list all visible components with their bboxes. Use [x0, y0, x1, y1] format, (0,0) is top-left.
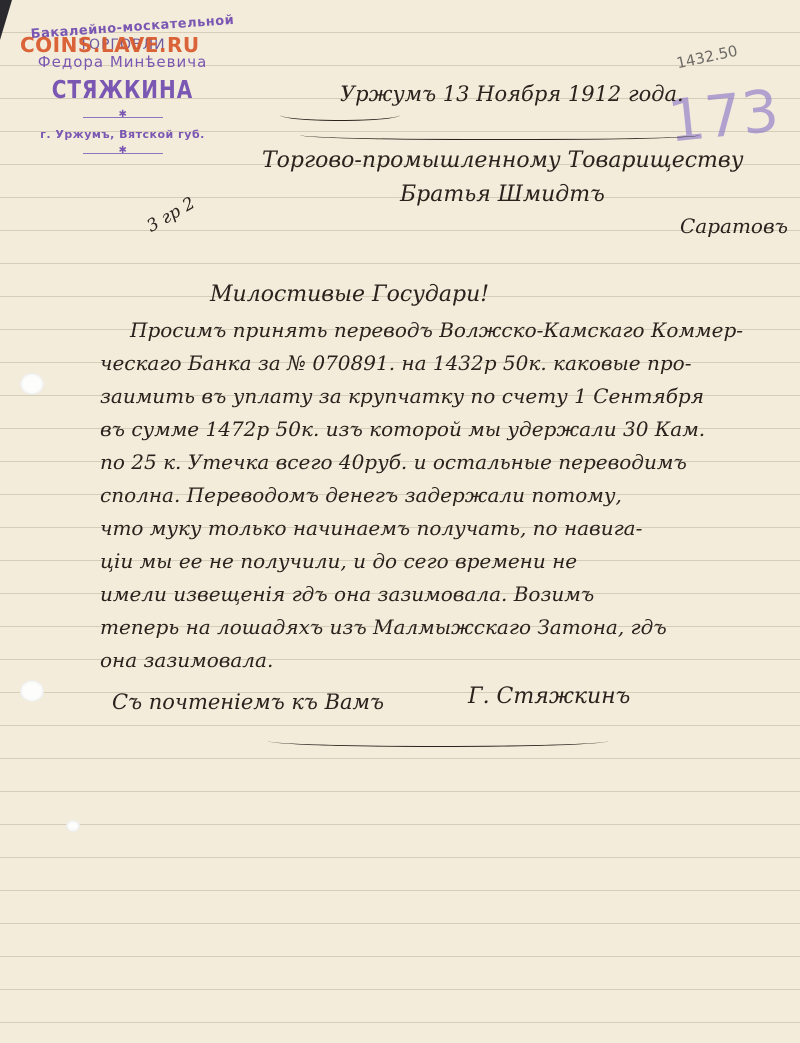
- recipient-city: Саратовъ: [680, 214, 788, 238]
- punch-hole-middle: [20, 680, 44, 702]
- letterhead-address: г. Уржумъ, Вятской губ.: [10, 128, 235, 141]
- letterhead-divider-bottom: [83, 153, 163, 154]
- signature: Г. Стяжкинъ: [468, 684, 630, 709]
- recipient-line-1: Торгово-промышленному Товариществу: [262, 148, 743, 173]
- letterhead-owner-surname: СТЯЖКИНА: [10, 74, 235, 104]
- salutation: Милостивые Государи!: [210, 282, 489, 307]
- letterhead-divider: [83, 117, 163, 118]
- body-line: цiи мы ее не получили, и до сего времени…: [100, 549, 577, 573]
- body-line: имели извещенiя гдъ она зазимовала. Вози…: [100, 582, 594, 606]
- body-line: ческаго Банка за № 070891. на 1432р 50к.…: [100, 351, 691, 375]
- punch-hole-small: [66, 820, 80, 832]
- recipient-line-2: Братья Шмидтъ: [400, 182, 605, 207]
- body-line: теперь на лошадяхъ изъ Малмыжскаго Затон…: [100, 615, 667, 639]
- body-line: Просимъ принять переводъ Волжско-Камскаг…: [130, 318, 743, 342]
- body-line: заимить въ уплату за крупчатку по счету …: [100, 384, 704, 408]
- body-line: сполна. Переводомъ денегъ задержали пото…: [100, 483, 622, 507]
- date-line: Уржумъ 13 Ноября 1912 года.: [340, 82, 684, 106]
- closing: Съ почтенiемъ къ Вамъ: [112, 690, 384, 714]
- body-line: что муку только начинаемъ получать, по н…: [100, 516, 642, 540]
- body-line: по 25 к. Утечка всего 40руб. и остальные…: [100, 450, 687, 474]
- body-line: въ сумме 1472р 50к. изъ которой мы удерж…: [100, 417, 705, 441]
- watermark: COINS.LAVE.RU: [20, 33, 200, 57]
- punch-hole-top: [20, 373, 44, 395]
- body-line: она зазимовала.: [100, 648, 273, 672]
